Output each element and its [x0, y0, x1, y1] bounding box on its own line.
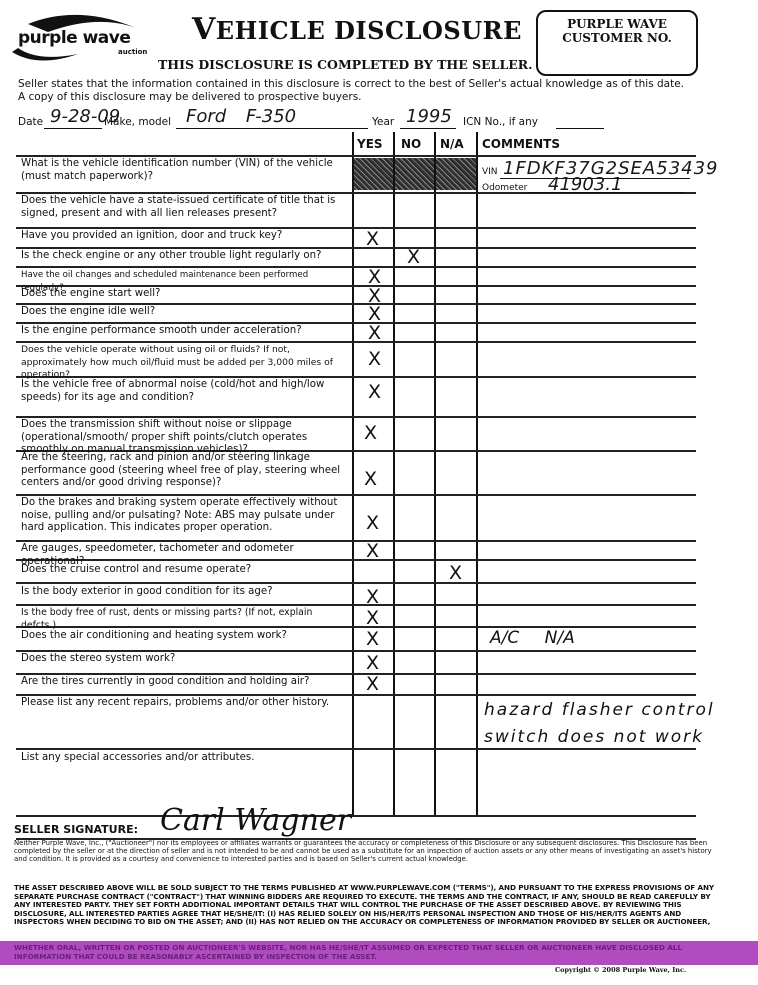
checkbox-body-rust-yes[interactable]: X	[366, 607, 379, 629]
checkbox-steering-yes[interactable]: X	[364, 468, 377, 490]
question-air-conditioning: Does the air conditioning and heating sy…	[21, 630, 349, 643]
disclaimer-text: Neither Purple Wave, Inc., ("Auctioneer"…	[14, 839, 714, 864]
checkbox-air-conditioning-yes[interactable]: X	[366, 628, 379, 650]
repairs-comment-line-2[interactable]: switch does not work	[484, 727, 704, 747]
question-transmission: Does the transmission shift without nois…	[21, 419, 349, 457]
question-vin: What is the vehicle identification numbe…	[21, 158, 349, 183]
question-engine-performance: Is the engine performance smooth under a…	[21, 325, 349, 338]
question-title: Does the vehicle have a state-issued cer…	[21, 195, 349, 220]
checkbox-noise-yes[interactable]: X	[368, 381, 381, 403]
icn-field[interactable]	[556, 128, 604, 129]
shaded-cell	[354, 158, 393, 190]
question-keys: Have you provided an ignition, door and …	[21, 230, 349, 243]
odometer-field[interactable]: 41903.1	[548, 174, 622, 195]
checkbox-transmission-yes[interactable]: X	[364, 422, 377, 444]
repairs-label: Please list any recent repairs, problems…	[21, 697, 349, 710]
question-cruise-control: Does the cruise control and resume opera…	[21, 564, 349, 577]
terms-highlighted-text: WHETHER ORAL, WRITTEN OR POSTED ON AUCTI…	[14, 943, 714, 961]
question-check-engine: Is the check engine or any other trouble…	[21, 250, 349, 263]
checkbox-engine-performance-yes[interactable]: X	[368, 322, 381, 344]
page-subtitle: THIS DISCLOSURE IS COMPLETED BY THE SELL…	[158, 57, 533, 72]
column-header-na: N/A	[440, 137, 464, 151]
question-engine-idle: Does the engine idle well?	[21, 306, 349, 319]
purple-wave-logo: purple wave auction	[8, 10, 158, 62]
customer-number-box[interactable]: PURPLE WAVECUSTOMER NO.	[536, 10, 698, 76]
comment-air-conditioning[interactable]: A/C N/A	[490, 628, 575, 648]
question-tires: Are the tires currently in good conditio…	[21, 676, 349, 689]
column-header-comments: COMMENTS	[482, 137, 560, 151]
customer-number-label: PURPLE WAVECUSTOMER NO.	[538, 17, 696, 45]
accessories-label: List any special accessories and/or attr…	[21, 752, 349, 765]
question-noise: Is the vehicle free of abnormal noise (c…	[21, 379, 349, 404]
checkbox-cruise-control-na[interactable]: X	[449, 562, 462, 584]
checkbox-gauges-yes[interactable]: X	[366, 540, 379, 562]
seller-signature-label: SELLER SIGNATURE:	[14, 823, 138, 836]
year-label: Year	[372, 116, 394, 128]
checkbox-oil-fluids-yes[interactable]: X	[368, 348, 381, 370]
make-model-label: Make, model	[104, 116, 171, 128]
seller-signature[interactable]: Carl Wagner	[160, 803, 351, 838]
logo-subtext: auction	[118, 48, 147, 56]
date-label: Date	[18, 116, 43, 128]
year-field[interactable]: 1995	[406, 106, 452, 127]
intro-statement: Seller states that the information conta…	[18, 78, 738, 104]
odometer-label: Odometer	[482, 183, 527, 193]
question-steering: Are the steering, rack and pinion and/or…	[21, 452, 349, 490]
make-model-field[interactable]: Ford F-350	[186, 106, 296, 127]
shaded-cell	[395, 158, 434, 190]
checkbox-body-exterior-yes[interactable]: X	[366, 586, 379, 608]
question-body-exterior: Is the body exterior in good condition f…	[21, 586, 349, 599]
page-title: VEHICLE DISCLOSURE	[192, 12, 522, 47]
shaded-cell	[436, 158, 476, 190]
checkbox-brakes-yes[interactable]: X	[366, 512, 379, 534]
question-oil-fluids: Does the vehicle operate without using o…	[21, 344, 349, 382]
terms-text: THE ASSET DESCRIBED ABOVE WILL BE SOLD S…	[14, 884, 714, 927]
column-header-yes: YES	[357, 137, 383, 151]
question-stereo: Does the stereo system work?	[21, 653, 349, 666]
checkbox-tires-yes[interactable]: X	[366, 673, 379, 695]
question-engine-start: Does the engine start well?	[21, 288, 349, 301]
column-header-no: NO	[401, 137, 421, 151]
question-brakes: Do the brakes and braking system operate…	[21, 497, 349, 535]
copyright: Copyright © 2008 Purple Wave, Inc.	[555, 966, 686, 974]
repairs-comment-line-1[interactable]: hazard flasher control	[484, 700, 715, 720]
vehicle-info-line: Date 9-28-09 Make, model Ford F-350 Year…	[18, 108, 718, 130]
checkbox-stereo-yes[interactable]: X	[366, 652, 379, 674]
logo-wordmark: purple wave	[18, 28, 130, 48]
vin-label: VIN	[482, 167, 498, 177]
icn-label: ICN No., if any	[463, 116, 538, 128]
checkbox-check-engine-no[interactable]: X	[407, 246, 420, 268]
question-body-rust: Is the body free of rust, dents or missi…	[21, 607, 349, 632]
checkbox-keys-yes[interactable]: X	[366, 228, 379, 250]
